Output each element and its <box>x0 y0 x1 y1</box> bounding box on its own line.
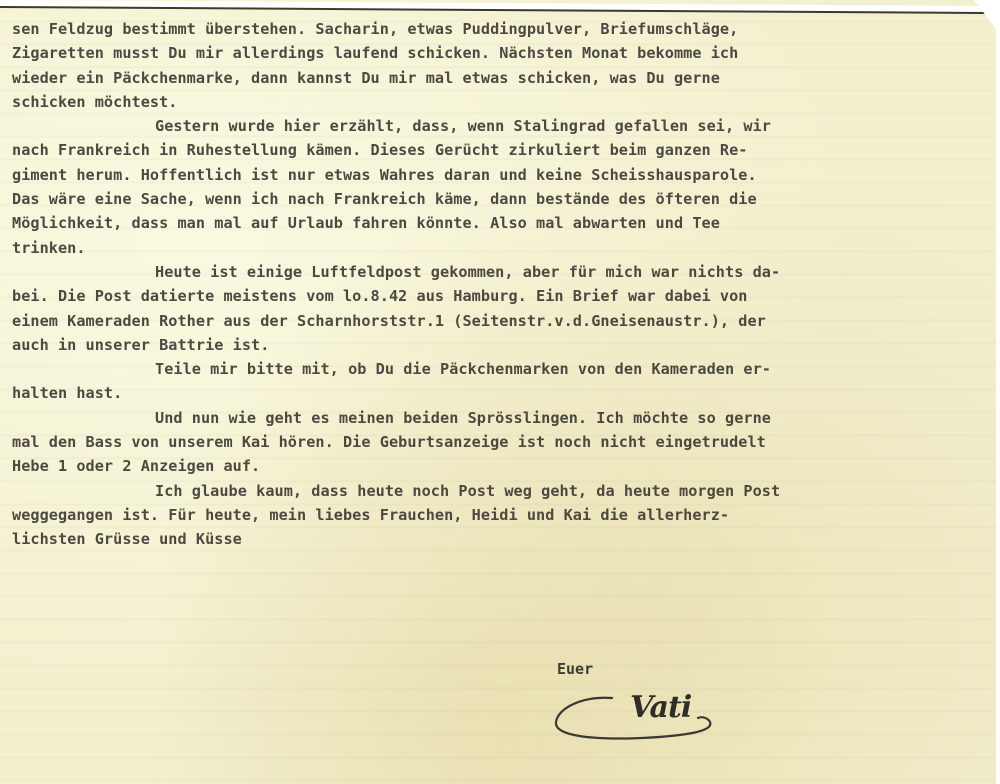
signature-name: Vati <box>630 690 691 725</box>
letter-paper: sen Feldzug bestimmt überstehen. Sachari… <box>0 0 1000 784</box>
text-line: Heute ist einige Luftfeldpost gekommen, … <box>12 260 997 284</box>
text-line: bei. Die Post datierte meistens vom lo.8… <box>12 284 997 308</box>
letter-body: sen Feldzug bestimmt überstehen. Sachari… <box>12 17 997 552</box>
text-line: Teile mir bitte mit, ob Du die Päckchenm… <box>12 357 997 381</box>
signature: Vati <box>552 688 722 744</box>
text-line: lichsten Grüsse und Küsse <box>12 527 997 551</box>
text-line: mal den Bass von unserem Kai hören. Die … <box>12 430 997 454</box>
text-line: sen Feldzug bestimmt überstehen. Sachari… <box>12 17 997 41</box>
text-line: Das wäre eine Sache, wenn ich nach Frank… <box>12 187 997 211</box>
text-line: nach Frankreich in Ruhestellung kämen. D… <box>12 138 997 162</box>
text-line: Gestern wurde hier erzählt, dass, wenn S… <box>12 114 997 138</box>
text-line: auch in unserer Battrie ist. <box>12 333 997 357</box>
text-line: Ich glaube kaum, dass heute noch Post we… <box>12 479 997 503</box>
text-line: wieder ein Päckchenmarke, dann kannst Du… <box>12 66 997 90</box>
text-line: halten hast. <box>12 381 997 405</box>
text-line: Und nun wie geht es meinen beiden Spröss… <box>12 406 997 430</box>
text-line: Zigaretten musst Du mir allerdings laufe… <box>12 41 997 65</box>
text-line: Möglichkeit, dass man mal auf Urlaub fah… <box>12 211 997 235</box>
text-line: schicken möchtest. <box>12 90 997 114</box>
text-line: einem Kameraden Rother aus der Scharnhor… <box>12 309 997 333</box>
text-line: trinken. <box>12 236 997 260</box>
text-line: weggegangen ist. Für heute, mein liebes … <box>12 503 997 527</box>
text-line: Hebe 1 oder 2 Anzeigen auf. <box>12 454 997 478</box>
text-line: giment herum. Hoffentlich ist nur etwas … <box>12 163 997 187</box>
closing-salutation: Euer <box>557 660 593 678</box>
